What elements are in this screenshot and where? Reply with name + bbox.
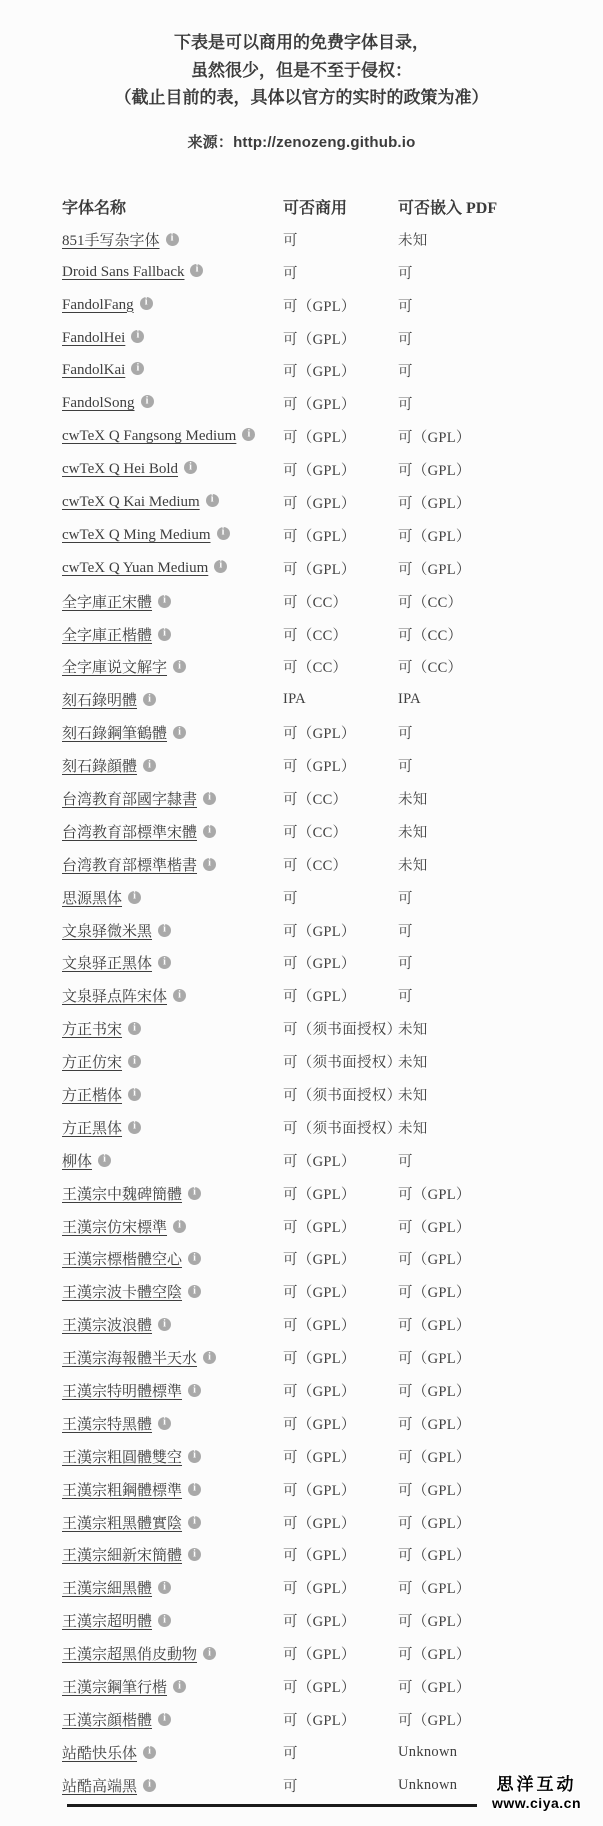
info-icon[interactable]: i (128, 891, 141, 904)
table-row: 王漢宗粗圓體雙空i 可（GPL） 可（GPL） (62, 1440, 592, 1473)
table-row: 台湾教育部標準楷書i 可（CC） 未知 (62, 848, 592, 881)
font-name-cell: FandolFangi (62, 297, 283, 314)
table-row: 刻石錄明體i IPA IPA (62, 683, 592, 716)
column-header-commercial: 可否商用 (283, 195, 398, 218)
commercial-cell: 可（GPL） (283, 459, 398, 480)
info-icon-glyph: i (219, 561, 222, 571)
pdf-embed-cell: 可（GPL） (398, 1281, 592, 1302)
column-header-font-name: 字体名称 (62, 195, 283, 218)
commercial-cell: 可（GPL） (283, 1709, 398, 1730)
pdf-embed-cell: 可（GPL） (398, 1512, 592, 1533)
font-name-cell: 全字庫正楷體i (62, 624, 283, 645)
info-icon[interactable]: i (131, 330, 144, 343)
info-icon[interactable]: i (158, 924, 171, 937)
font-name-link[interactable]: 方正仿宋 (62, 1055, 122, 1071)
pdf-embed-cell: 可（GPL） (398, 1216, 592, 1237)
table-row: cwTeX Q Kai Mediumi 可（GPL） 可（GPL） (62, 486, 592, 519)
font-name-link[interactable]: 方正黑体 (62, 1121, 122, 1137)
info-icon-glyph: i (189, 462, 192, 472)
table-row: 王漢宗特黑體i 可（GPL） 可（GPL） (62, 1407, 592, 1440)
table-row: FandolFangi 可（GPL） 可 (62, 289, 592, 322)
font-name-link[interactable]: 王漢宗粗黑體實陰 (62, 1516, 182, 1532)
info-icon-glyph: i (178, 1221, 181, 1231)
font-name-link[interactable]: 站酷高端黑 (62, 1779, 137, 1795)
font-name-cell: 王漢宗特明體標準i (62, 1380, 283, 1401)
info-icon-glyph: i (193, 1286, 196, 1296)
font-name-link[interactable]: 文泉驿微米黑 (62, 924, 152, 940)
font-name-cell: 文泉驿点阵宋体i (62, 985, 283, 1006)
font-name-link[interactable]: 台湾教育部標準宋體 (62, 825, 197, 841)
pdf-embed-cell: 可（GPL） (398, 1676, 592, 1697)
pdf-embed-cell: 可 (398, 952, 592, 973)
commercial-cell: 可（须书面授权） (283, 1084, 398, 1105)
commercial-cell: 可（GPL） (283, 295, 398, 316)
font-name-link[interactable]: 台湾教育部國字隸書 (62, 792, 197, 808)
info-icon[interactable]: i (173, 726, 186, 739)
info-icon-glyph: i (193, 1484, 196, 1494)
commercial-cell: 可（GPL） (283, 1643, 398, 1664)
info-icon-glyph: i (148, 760, 151, 770)
pdf-embed-cell: 未知 (398, 1117, 592, 1138)
table-row: 王漢宗波浪體i 可（GPL） 可（GPL） (62, 1308, 592, 1341)
font-name-cell: 王漢宗特黑體i (62, 1413, 283, 1434)
font-name-cell: 王漢宗中魏碑簡體i (62, 1183, 283, 1204)
pdf-embed-cell: 可 (398, 295, 592, 316)
commercial-cell: 可（GPL） (283, 426, 398, 447)
table-row: 王漢宗粗黑體實陰i 可（GPL） 可（GPL） (62, 1506, 592, 1539)
info-icon[interactable]: i (203, 792, 216, 805)
commercial-cell: 可（GPL） (283, 1183, 398, 1204)
info-icon-glyph: i (163, 1319, 166, 1329)
font-name-link[interactable]: FandolSong (62, 395, 135, 411)
font-name-link[interactable]: 刻石錄明體 (62, 693, 137, 709)
pdf-embed-cell: 未知 (398, 821, 592, 842)
table-row: 王漢宗仿宋標準i 可（GPL） 可（GPL） (62, 1210, 592, 1243)
commercial-cell: 可（CC） (283, 656, 398, 677)
info-icon[interactable]: i (158, 1581, 171, 1594)
commercial-cell: 可 (283, 229, 398, 250)
font-name-link[interactable]: 王漢宗標楷體空心 (62, 1252, 182, 1268)
info-icon-glyph: i (193, 1517, 196, 1527)
table-row: 刻石錄鋼筆鶴體i 可（GPL） 可 (62, 716, 592, 749)
info-icon-glyph: i (196, 265, 199, 275)
commercial-cell: 可（GPL） (283, 920, 398, 941)
pdf-embed-cell: 可（GPL） (398, 1479, 592, 1500)
info-icon[interactable]: i (141, 395, 154, 408)
commercial-cell: 可（须书面授权） (283, 1018, 398, 1039)
commercial-cell: 可 (283, 262, 398, 283)
column-header-pdf-embed: 可否嵌入 PDF (398, 195, 592, 218)
commercial-cell: 可（GPL） (283, 1413, 398, 1434)
pdf-embed-cell: 可（GPL） (398, 1610, 592, 1631)
font-name-link[interactable]: FandolHei (62, 330, 125, 346)
pdf-embed-cell: 可 (398, 985, 592, 1006)
font-name-cell: 王漢宗顔楷體i (62, 1709, 283, 1730)
font-name-cell: 柳体i (62, 1150, 283, 1171)
info-icon[interactable]: i (158, 595, 171, 608)
info-icon-glyph: i (193, 1254, 196, 1264)
font-name-link[interactable]: cwTeX Q Yuan Medium (62, 560, 208, 576)
font-name-link[interactable]: 站酷快乐体 (62, 1746, 137, 1762)
info-icon[interactable]: i (158, 1713, 171, 1726)
font-name-cell: 思源黑体i (62, 887, 283, 908)
font-name-cell: cwTeX Q Yuan Mediumi (62, 560, 283, 577)
font-name-link[interactable]: 思源黑体 (62, 891, 122, 907)
font-name-link[interactable]: 王漢宗波卡體空陰 (62, 1285, 182, 1301)
info-icon[interactable]: i (188, 1252, 201, 1265)
pdf-embed-cell: 可（CC） (398, 624, 592, 645)
info-icon[interactable]: i (143, 693, 156, 706)
table-row: 王漢宗特明體標準i 可（GPL） 可（GPL） (62, 1374, 592, 1407)
info-icon[interactable]: i (203, 858, 216, 871)
commercial-cell: 可（GPL） (283, 558, 398, 579)
commercial-cell: 可（GPL） (283, 360, 398, 381)
font-name-link[interactable]: FandolFang (62, 297, 134, 313)
info-icon[interactable]: i (203, 1647, 216, 1660)
table-row: 全字庫正宋體i 可（CC） 可（CC） (62, 585, 592, 618)
info-icon[interactable]: i (158, 1614, 171, 1627)
pdf-embed-cell: 未知 (398, 1051, 592, 1072)
font-name-cell: 王漢宗粗黑體實陰i (62, 1512, 283, 1533)
pdf-embed-cell: 可（GPL） (398, 1446, 592, 1467)
info-icon[interactable]: i (203, 1351, 216, 1364)
info-icon-glyph: i (163, 1418, 166, 1428)
info-icon-glyph: i (163, 1615, 166, 1625)
commercial-cell: 可（须书面授权） (283, 1117, 398, 1138)
info-icon-glyph: i (211, 495, 214, 505)
info-icon-glyph: i (222, 528, 225, 538)
font-name-link[interactable]: 王漢宗顔楷體 (62, 1713, 152, 1729)
commercial-cell: 可（GPL） (283, 985, 398, 1006)
info-icon[interactable]: i (203, 825, 216, 838)
pdf-embed-cell: 未知 (398, 1084, 592, 1105)
pdf-embed-cell: 可（GPL） (398, 1577, 592, 1598)
font-name-cell: 方正黑体i (62, 1117, 283, 1138)
font-name-cell: 刻石錄明體i (62, 689, 283, 710)
info-icon[interactable]: i (158, 956, 171, 969)
table-row: 王漢宗超明體i 可（GPL） 可（GPL） (62, 1604, 592, 1637)
commercial-cell: 可（GPL） (283, 1380, 398, 1401)
table-row: cwTeX Q Hei Boldi 可（GPL） 可（GPL） (62, 453, 592, 486)
commercial-cell: 可（GPL） (283, 328, 398, 349)
info-icon[interactable]: i (140, 297, 153, 310)
info-icon-glyph: i (145, 298, 148, 308)
font-name-cell: 851手写杂字体i (62, 229, 283, 250)
font-name-cell: Droid Sans Fallbacki (62, 264, 283, 281)
font-name-cell: 台湾教育部標準宋體i (62, 821, 283, 842)
font-name-link[interactable]: 851手写杂字体 (62, 233, 160, 249)
info-icon[interactable]: i (206, 494, 219, 507)
info-icon-glyph: i (178, 662, 181, 672)
table-row: cwTeX Q Fangsong Mediumi 可（GPL） 可（GPL） (62, 420, 592, 453)
info-icon-glyph: i (148, 694, 151, 704)
commercial-cell: 可（GPL） (283, 1512, 398, 1533)
info-icon[interactable]: i (173, 989, 186, 1002)
info-icon-glyph: i (178, 1681, 181, 1691)
pdf-embed-cell: 可 (398, 755, 592, 776)
table-row: 王漢宗粗鋼體標準i 可（GPL） 可（GPL） (62, 1473, 592, 1506)
info-icon[interactable]: i (158, 1417, 171, 1430)
font-name-link[interactable]: 全字庫正宋體 (62, 595, 152, 611)
commercial-cell: 可（CC） (283, 854, 398, 875)
info-icon[interactable]: i (188, 1285, 201, 1298)
font-name-link[interactable]: cwTeX Q Kai Medium (62, 494, 200, 510)
info-icon-glyph: i (193, 1188, 196, 1198)
table-row: FandolHeii 可（GPL） 可 (62, 322, 592, 355)
table-row: 王漢宗顔楷體i 可（GPL） 可（GPL） (62, 1703, 592, 1736)
font-name-link[interactable]: 王漢宗特明體標準 (62, 1384, 182, 1400)
font-name-cell: cwTeX Q Ming Mediumi (62, 527, 283, 544)
pdf-embed-cell: 可（GPL） (398, 459, 592, 480)
table-row: 文泉驿微米黑i 可（GPL） 可 (62, 914, 592, 947)
info-icon-glyph: i (193, 1451, 196, 1461)
info-icon-glyph: i (136, 331, 139, 341)
pdf-embed-cell: 可（GPL） (398, 492, 592, 513)
table-row: 思源黑体i 可 可 (62, 881, 592, 914)
info-icon[interactable]: i (188, 1516, 201, 1529)
commercial-cell: 可（GPL） (283, 1544, 398, 1565)
font-table: 字体名称 可否商用 可否嵌入 PDF 851手写杂字体i 可 未知 Droid … (62, 190, 592, 1802)
info-icon[interactable]: i (131, 362, 144, 375)
info-icon-glyph: i (193, 1550, 196, 1560)
pdf-embed-cell: 可（GPL） (398, 558, 592, 579)
info-icon[interactable]: i (188, 1384, 201, 1397)
pdf-embed-cell: 可（GPL） (398, 1347, 592, 1368)
pdf-embed-cell: 可 (398, 722, 592, 743)
font-name-link[interactable]: 王漢宗仿宋標準 (62, 1220, 167, 1236)
commercial-cell: 可（GPL） (283, 722, 398, 743)
table-row: 方正书宋i 可（须书面授权） 未知 (62, 1012, 592, 1045)
info-icon[interactable]: i (190, 264, 203, 277)
table-row: 方正黑体i 可（须书面授权） 未知 (62, 1111, 592, 1144)
font-name-link[interactable]: cwTeX Q Fangsong Medium (62, 428, 236, 444)
info-icon-glyph: i (163, 958, 166, 968)
font-name-link[interactable]: 刻石錄顔體 (62, 759, 137, 775)
table-row: 王漢宗中魏碑簡體i 可（GPL） 可（GPL） (62, 1177, 592, 1210)
font-name-cell: 全字庫说文解字i (62, 656, 283, 677)
font-name-link[interactable]: 王漢宗鋼筆行楷 (62, 1680, 167, 1696)
commercial-cell: 可（GPL） (283, 1281, 398, 1302)
info-icon-glyph: i (208, 1648, 211, 1658)
font-name-link[interactable]: 方正楷体 (62, 1088, 122, 1104)
font-name-link[interactable]: 全字庫正楷體 (62, 628, 152, 644)
info-icon-glyph: i (247, 429, 250, 439)
font-name-link[interactable]: Droid Sans Fallback (62, 264, 184, 280)
pdf-embed-cell: 可（CC） (398, 656, 592, 677)
font-name-cell: 王漢宗粗鋼體標準i (62, 1479, 283, 1500)
table-row: FandolKaii 可（GPL） 可 (62, 354, 592, 387)
table-header-row: 字体名称 可否商用 可否嵌入 PDF (62, 190, 592, 223)
font-name-link[interactable]: 王漢宗超黑俏皮動物 (62, 1647, 197, 1663)
info-icon[interactable]: i (188, 1483, 201, 1496)
font-name-link[interactable]: 王漢宗波浪體 (62, 1318, 152, 1334)
table-row: 王漢宗鋼筆行楷i 可（GPL） 可（GPL） (62, 1670, 592, 1703)
font-name-link[interactable]: 王漢宗粗鋼體標準 (62, 1483, 182, 1499)
table-row: 王漢宗細新宋簡體i 可（GPL） 可（GPL） (62, 1539, 592, 1572)
intro-line-3: （截止目前的表，具体以官方的实时的政策为准） (0, 84, 603, 112)
font-name-link[interactable]: 文泉驿点阵宋体 (62, 989, 167, 1005)
commercial-cell: 可（CC） (283, 821, 398, 842)
font-name-link[interactable]: FandolKai (62, 362, 125, 378)
table-row: Droid Sans Fallbacki 可 可 (62, 256, 592, 289)
commercial-cell: 可（GPL） (283, 1577, 398, 1598)
table-row: 王漢宗細黑體i 可（GPL） 可（GPL） (62, 1571, 592, 1604)
font-name-link[interactable]: 王漢宗細黑體 (62, 1581, 152, 1597)
font-name-link[interactable]: 文泉驿正黑体 (62, 956, 152, 972)
watermark-brand: 思洋互动 (492, 1770, 581, 1795)
font-name-cell: 方正仿宋i (62, 1051, 283, 1072)
font-name-link[interactable]: 王漢宗特黑體 (62, 1417, 152, 1433)
table-row: 文泉驿正黑体i 可（GPL） 可 (62, 946, 592, 979)
font-name-link[interactable]: cwTeX Q Hei Bold (62, 461, 178, 477)
commercial-cell: 可（CC） (283, 591, 398, 612)
table-row: 柳体i 可（GPL） 可 (62, 1144, 592, 1177)
font-name-cell: 王漢宗鋼筆行楷i (62, 1676, 283, 1697)
info-icon[interactable]: i (143, 759, 156, 772)
info-icon-glyph: i (208, 859, 211, 869)
info-icon-glyph: i (163, 925, 166, 935)
info-icon-glyph: i (208, 826, 211, 836)
pdf-embed-cell: 可 (398, 887, 592, 908)
font-name-link[interactable]: 台湾教育部標準楷書 (62, 858, 197, 874)
info-icon[interactable]: i (173, 1680, 186, 1693)
font-name-cell: 全字庫正宋體i (62, 591, 283, 612)
table-row: 王漢宗標楷體空心i 可（GPL） 可（GPL） (62, 1243, 592, 1276)
commercial-cell: 可（GPL） (283, 1314, 398, 1335)
info-icon[interactable]: i (128, 1055, 141, 1068)
info-icon-glyph: i (133, 1023, 136, 1033)
info-icon[interactable]: i (188, 1187, 201, 1200)
commercial-cell: 可（CC） (283, 788, 398, 809)
pdf-embed-cell: 可 (398, 920, 592, 941)
table-row: 台湾教育部國字隸書i 可（CC） 未知 (62, 782, 592, 815)
pdf-embed-cell: 未知 (398, 788, 592, 809)
commercial-cell: 可 (283, 887, 398, 908)
intro-line-1: 下表是可以商用的免费字体目录， (0, 29, 603, 57)
font-name-cell: cwTeX Q Hei Boldi (62, 461, 283, 478)
info-icon-glyph: i (148, 1747, 151, 1757)
info-icon[interactable]: i (128, 1022, 141, 1035)
table-row: cwTeX Q Ming Mediumi 可（GPL） 可（GPL） (62, 519, 592, 552)
pdf-embed-cell: 可（GPL） (398, 1380, 592, 1401)
font-name-cell: 王漢宗波卡體空陰i (62, 1281, 283, 1302)
commercial-cell: 可（GPL） (283, 525, 398, 546)
font-name-cell: 方正楷体i (62, 1084, 283, 1105)
table-row: 全字庫正楷體i 可（CC） 可（CC） (62, 618, 592, 651)
font-name-link[interactable]: 全字庫说文解字 (62, 660, 167, 676)
font-name-cell: 刻石錄顔體i (62, 755, 283, 776)
font-name-link[interactable]: cwTeX Q Ming Medium (62, 527, 211, 543)
pdf-embed-cell: 可 (398, 393, 592, 414)
info-icon-glyph: i (163, 1582, 166, 1592)
pdf-embed-cell: Unknown (398, 1744, 592, 1761)
commercial-cell: 可（GPL） (283, 1676, 398, 1697)
bottom-divider (67, 1804, 477, 1807)
table-row: 王漢宗超黑俏皮動物i 可（GPL） 可（GPL） (62, 1637, 592, 1670)
font-name-cell: 站酷高端黑i (62, 1775, 283, 1796)
pdf-embed-cell: 未知 (398, 1018, 592, 1039)
info-icon[interactable]: i (188, 1548, 201, 1561)
pdf-embed-cell: 可 (398, 262, 592, 283)
commercial-cell: 可（GPL） (283, 1150, 398, 1171)
pdf-embed-cell: 可（CC） (398, 591, 592, 612)
pdf-embed-cell: 可 (398, 360, 592, 381)
info-icon[interactable]: i (128, 1121, 141, 1134)
info-icon[interactable]: i (242, 428, 255, 441)
intro-line-2: 虽然很少，但是不至于侵权： (0, 57, 603, 85)
info-icon[interactable]: i (143, 1746, 156, 1759)
font-name-link[interactable]: 王漢宗粗圓體雙空 (62, 1450, 182, 1466)
font-name-link[interactable]: 王漢宗中魏碑簡體 (62, 1187, 182, 1203)
info-icon-glyph: i (133, 892, 136, 902)
font-name-link[interactable]: 方正书宋 (62, 1022, 122, 1038)
info-icon[interactable]: i (188, 1450, 201, 1463)
info-icon[interactable]: i (166, 233, 179, 246)
info-icon-glyph: i (193, 1385, 196, 1395)
info-icon[interactable]: i (173, 660, 186, 673)
font-name-link[interactable]: 柳体 (62, 1154, 92, 1170)
font-name-cell: 王漢宗海報體半天水i (62, 1347, 283, 1368)
page-header: 下表是可以商用的免费字体目录， 虽然很少，但是不至于侵权： （截止目前的表，具体… (0, 29, 603, 152)
font-name-cell: 王漢宗波浪體i (62, 1314, 283, 1335)
commercial-cell: 可（GPL） (283, 952, 398, 973)
pdf-embed-cell: 未知 (398, 229, 592, 250)
font-name-link[interactable]: 王漢宗海報體半天水 (62, 1351, 197, 1367)
table-row: 全字庫说文解字i 可（CC） 可（CC） (62, 650, 592, 683)
font-name-cell: 王漢宗超黑俏皮動物i (62, 1643, 283, 1664)
info-icon[interactable]: i (128, 1088, 141, 1101)
pdf-embed-cell: 可（GPL） (398, 1709, 592, 1730)
commercial-cell: 可 (283, 1742, 398, 1763)
commercial-cell: 可（GPL） (283, 1479, 398, 1500)
info-icon[interactable]: i (158, 1318, 171, 1331)
info-icon[interactable]: i (143, 1779, 156, 1792)
info-icon-glyph: i (178, 990, 181, 1000)
font-name-cell: cwTeX Q Kai Mediumi (62, 494, 283, 511)
table-row: 方正仿宋i 可（须书面授权） 未知 (62, 1045, 592, 1078)
pdf-embed-cell: 可（GPL） (398, 426, 592, 447)
font-name-cell: 王漢宗粗圓體雙空i (62, 1446, 283, 1467)
info-icon[interactable]: i (173, 1220, 186, 1233)
font-name-cell: cwTeX Q Fangsong Mediumi (62, 428, 283, 445)
font-name-cell: 王漢宗超明體i (62, 1610, 283, 1631)
info-icon[interactable]: i (217, 527, 230, 540)
info-icon-glyph: i (208, 793, 211, 803)
font-name-cell: FandolHeii (62, 330, 283, 347)
commercial-cell: IPA (283, 691, 398, 708)
font-name-cell: 王漢宗細黑體i (62, 1577, 283, 1598)
table-row: 王漢宗波卡體空陰i 可（GPL） 可（GPL） (62, 1275, 592, 1308)
info-icon[interactable]: i (158, 628, 171, 641)
pdf-embed-cell: 可（GPL） (398, 1643, 592, 1664)
info-icon[interactable]: i (98, 1154, 111, 1167)
font-name-link[interactable]: 王漢宗細新宋簡體 (62, 1548, 182, 1564)
info-icon[interactable]: i (214, 560, 227, 573)
table-row: cwTeX Q Yuan Mediumi 可（GPL） 可（GPL） (62, 552, 592, 585)
info-icon-glyph: i (178, 727, 181, 737)
info-icon-glyph: i (133, 1089, 136, 1099)
pdf-embed-cell: IPA (398, 691, 592, 708)
info-icon-glyph: i (163, 596, 166, 606)
pdf-embed-cell: 可 (398, 328, 592, 349)
pdf-embed-cell: 可（GPL） (398, 1248, 592, 1269)
info-icon-glyph: i (148, 1780, 151, 1790)
font-name-link[interactable]: 王漢宗超明體 (62, 1614, 152, 1630)
font-name-link[interactable]: 刻石錄鋼筆鶴體 (62, 726, 167, 742)
table-row: 台湾教育部標準宋體i 可（CC） 未知 (62, 815, 592, 848)
info-icon-glyph: i (171, 234, 174, 244)
info-icon[interactable]: i (184, 461, 197, 474)
